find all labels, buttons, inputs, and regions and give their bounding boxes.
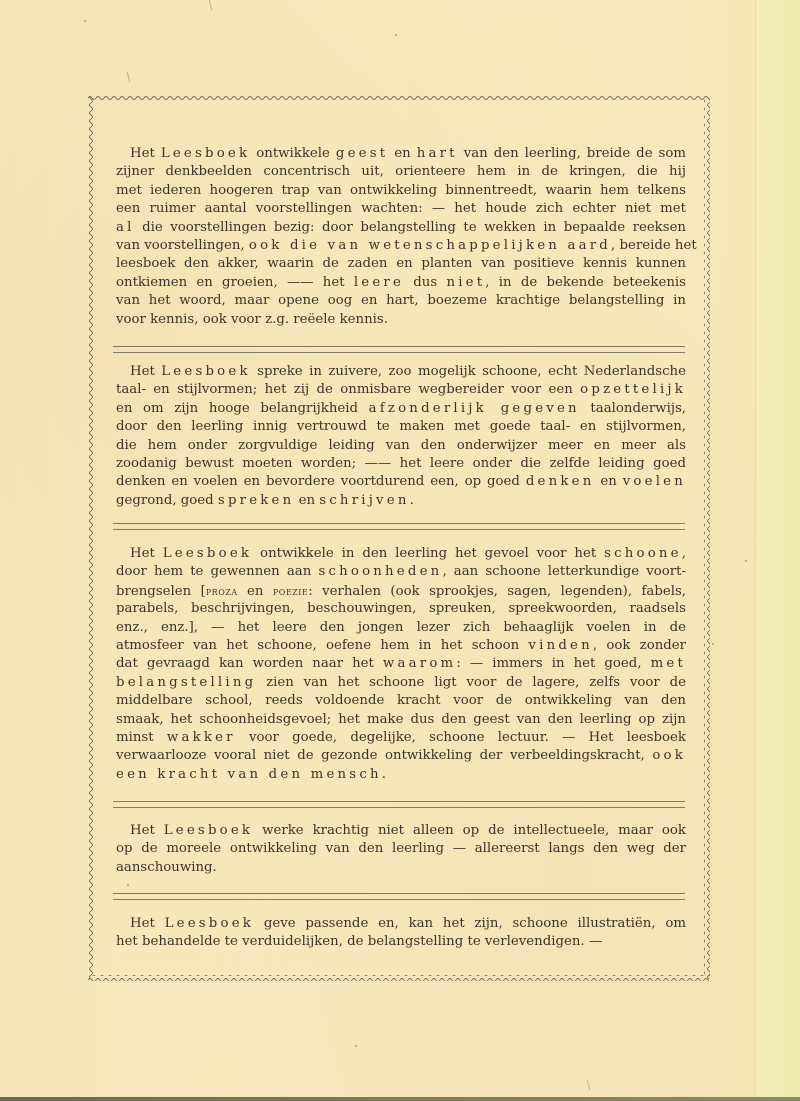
paragraph-5: Het Leesboek geve passende en, kan het z… bbox=[116, 915, 686, 952]
paragraph-1: Het Leesboek ontwikkele geest en hart va… bbox=[116, 145, 686, 329]
paragraph-5-text: Het Leesboek geve passende en, kan het z… bbox=[116, 915, 686, 952]
text-line: door hem te gewennen aan schoonheden, aa… bbox=[116, 563, 686, 581]
paper-speck bbox=[745, 560, 747, 562]
emphasized-spaced-text: Leesboek bbox=[165, 916, 254, 931]
emphasized-spaced-text: Leesboek bbox=[164, 823, 253, 838]
text-line: met iederen hoogeren trap van ontwikkeli… bbox=[116, 182, 686, 200]
text-line: van het woord, maar opene oog en hart, b… bbox=[116, 292, 686, 310]
paragraph-3: Het Leesboek ontwikkele in den leerling … bbox=[116, 545, 686, 784]
text-line: gegrond, goed spreken en schrijven. bbox=[116, 492, 686, 510]
text-line: zijner denkbeelden concentrisch uit, ori… bbox=[116, 163, 686, 181]
emphasized-spaced-text: geest bbox=[336, 146, 388, 161]
text-line: leesboek den akker, waarin de zaden en p… bbox=[116, 255, 686, 273]
text-line: taal- en stijlvormen; het zij de onmisba… bbox=[116, 381, 686, 399]
emphasized-spaced-text: afzonderlijk gegeven bbox=[369, 401, 580, 416]
text-line: parabels, beschrijvingen, beschouwingen,… bbox=[116, 600, 686, 618]
text-line: Het Leesboek geve passende en, kan het z… bbox=[116, 915, 686, 933]
double-rule-divider bbox=[113, 893, 685, 900]
emphasized-spaced-text: Leesboek bbox=[161, 146, 250, 161]
text-line: Het Leesboek ontwikkele in den leerling … bbox=[116, 545, 686, 563]
text-line: enz., enz.], — het leere den jongen leze… bbox=[116, 619, 686, 637]
emphasized-spaced-text: Leesboek bbox=[163, 546, 252, 561]
paper-speck bbox=[355, 1045, 357, 1047]
double-rule-divider bbox=[113, 523, 685, 530]
emphasized-spaced-text: ook die van wetenschappelijken aard bbox=[249, 238, 611, 253]
text-line: middelbare school, reeds voldoende krach… bbox=[116, 692, 686, 710]
small-caps-text: poezie bbox=[273, 584, 308, 598]
paragraph-2: Het Leesboek spreke in zuivere, zoo moge… bbox=[116, 363, 686, 510]
text-line: een kracht van den mensch. bbox=[116, 766, 686, 784]
text-line: smaak, het schoonheidsgevoel; het make d… bbox=[116, 711, 686, 729]
emphasized-spaced-text: voelen bbox=[623, 474, 686, 489]
emphasized-spaced-text: leere bbox=[354, 275, 404, 290]
text-line: voor kennis, ook voor z.g. reëele kennis… bbox=[116, 311, 686, 329]
text-line: op de moreele ontwikkeling van den leerl… bbox=[116, 840, 686, 858]
emphasized-spaced-text: spreken bbox=[218, 493, 294, 508]
text-line: Het Leesboek werke krachtig niet alleen … bbox=[116, 822, 686, 840]
text-line: denken en voelen en bevordere voortduren… bbox=[116, 473, 686, 491]
text-line: Het Leesboek ontwikkele geest en hart va… bbox=[116, 145, 686, 163]
paper-speck bbox=[84, 20, 86, 22]
text-line: al die voorstellingen bezig: door belang… bbox=[116, 219, 686, 237]
page-bottom-edge bbox=[0, 1097, 800, 1101]
emphasized-spaced-text: ook bbox=[652, 748, 686, 763]
emphasized-spaced-text: denken bbox=[526, 474, 595, 489]
double-rule-divider bbox=[113, 801, 685, 808]
emphasized-spaced-text: met bbox=[651, 656, 686, 671]
text-line: het behandelde te verduidelijken, de bel… bbox=[116, 933, 686, 951]
emphasized-spaced-text: schoone bbox=[604, 546, 682, 561]
emphasized-spaced-text: wakker bbox=[167, 730, 236, 745]
small-caps-text: proza bbox=[206, 584, 238, 598]
emphasized-spaced-text: opzettelijk bbox=[580, 382, 686, 397]
emphasized-spaced-text: Leesboek bbox=[161, 364, 250, 379]
text-line: dat gevraagd kan worden naar het waarom:… bbox=[116, 655, 686, 673]
text-line: zoodanig bewust moeten worden; —— het le… bbox=[116, 455, 686, 473]
emphasized-spaced-text: niet bbox=[446, 275, 485, 290]
text-line: Het Leesboek spreke in zuivere, zoo moge… bbox=[116, 363, 686, 381]
emphasized-spaced-text: schoonheden bbox=[318, 564, 442, 579]
paragraph-1-text: Het Leesboek ontwikkele geest en hart va… bbox=[116, 145, 686, 329]
page-edge-strip bbox=[755, 0, 800, 1101]
emphasized-spaced-text: al bbox=[116, 220, 135, 235]
text-line: aanschouwing. bbox=[116, 859, 686, 877]
text-line: een ruimer aantal voorstellingen wachten… bbox=[116, 200, 686, 218]
paragraph-4: Het Leesboek werke krachtig niet alleen … bbox=[116, 822, 686, 877]
paragraph-3-text: Het Leesboek ontwikkele in den leerling … bbox=[116, 545, 686, 784]
text-line: atmosfeer van het schoone, oefene hem in… bbox=[116, 637, 686, 655]
text-line: door den leerling innig vertrouwd te mak… bbox=[116, 418, 686, 436]
emphasized-spaced-text: schrijven bbox=[319, 493, 409, 508]
emphasized-spaced-text: een kracht van den mensch bbox=[116, 767, 382, 782]
text-line: belangstelling zien van het schoone ligt… bbox=[116, 674, 686, 692]
paragraph-4-text: Het Leesboek werke krachtig niet alleen … bbox=[116, 822, 686, 877]
emphasized-spaced-text: belangstelling bbox=[116, 675, 256, 690]
text-line: ontkiemen en groeien, —— het leere dus n… bbox=[116, 274, 686, 292]
double-rule-divider bbox=[113, 346, 685, 353]
emphasized-spaced-text: hart bbox=[417, 146, 458, 161]
emphasized-spaced-text: vinden bbox=[528, 638, 592, 653]
text-line: verwaarlooze vooral niet de gezonde ontw… bbox=[116, 747, 686, 765]
text-line: brengselen [proza en poezie: verhalen (o… bbox=[116, 582, 686, 600]
emphasized-spaced-text: waarom bbox=[383, 656, 456, 671]
paper-speck bbox=[395, 34, 397, 36]
paragraph-2-text: Het Leesboek spreke in zuivere, zoo moge… bbox=[116, 363, 686, 510]
text-line: en om zijn hooge belangrijkheid afzonder… bbox=[116, 400, 686, 418]
text-line: minst wakker voor goede, degelijke, scho… bbox=[116, 729, 686, 747]
text-line: die hem onder zorgvuldige leiding van de… bbox=[116, 437, 686, 455]
paper-speck bbox=[127, 884, 129, 886]
paper-speck bbox=[712, 643, 714, 645]
text-line: van voorstellingen, ook die van wetensch… bbox=[116, 237, 686, 255]
